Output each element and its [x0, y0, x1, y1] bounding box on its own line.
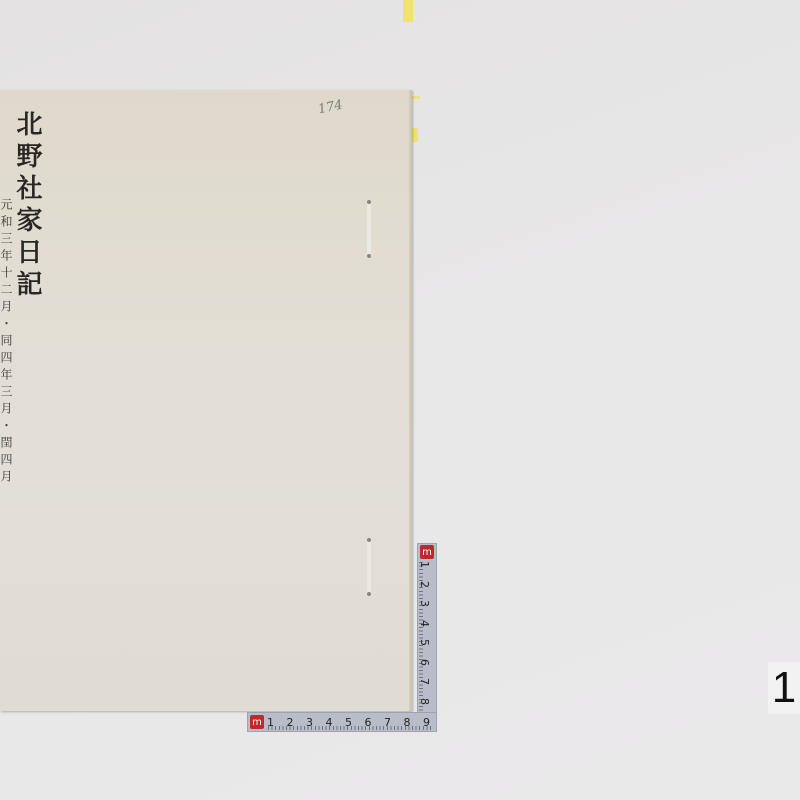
binding-hole [367, 538, 371, 542]
ruler-logo-icon: m [250, 715, 264, 729]
horizontal-scale-ruler: m 1 2 3 4 5 6 7 8 9 [247, 712, 437, 732]
yellow-tape-mark-corner [412, 96, 420, 99]
ruler-tick-label: 2 [418, 581, 431, 588]
ruler-tick-label: 3 [418, 600, 431, 607]
document-cover: 174 北野社家日記 元和三年十二月・同四年三月・閏四月 [0, 90, 412, 711]
ruler-tick-label: 5 [418, 639, 431, 646]
ruler-tick-label: 2 [287, 716, 294, 729]
ruler-tick-label: 5 [345, 716, 352, 729]
ruler-tick-label: 1 [267, 716, 274, 729]
binding-hole [367, 592, 371, 596]
ruler-tick-label: 6 [418, 659, 431, 666]
page-number: 174 [317, 98, 344, 118]
ruler-tick-label: 9 [423, 716, 430, 729]
yellow-tape-mark-top [403, 0, 413, 22]
vertical-scale-ruler: m 1 2 3 4 5 6 7 8 [417, 543, 437, 725]
ruler-logo-icon: m [420, 545, 434, 559]
ruler-numbers: 1 2 3 4 5 6 7 8 9 [267, 716, 436, 729]
ruler-numbers: 1 2 3 4 5 6 7 8 [421, 558, 428, 708]
ruler-tick-label: 3 [306, 716, 313, 729]
yellow-tape-mark-edge [412, 128, 418, 142]
ruler-tick-label: 7 [384, 716, 391, 729]
ruler-tick-label: 4 [418, 620, 431, 627]
binding-hole [367, 254, 371, 258]
binding-hole [367, 200, 371, 204]
frame-number-label: 1 [768, 662, 800, 714]
document-date-range: 元和三年十二月・同四年三月・閏四月 [0, 198, 14, 487]
document-title: 北野社家日記 [10, 110, 44, 302]
ruler-tick-label: 6 [365, 716, 372, 729]
binding-thread-top [367, 200, 371, 258]
ruler-tick-label: 7 [418, 678, 431, 685]
ruler-tick-label: 1 [418, 561, 431, 568]
ruler-tick-label: 4 [326, 716, 333, 729]
ruler-tick-label: 8 [404, 716, 411, 729]
binding-thread-bottom [367, 538, 371, 596]
ruler-tick-label: 8 [418, 698, 431, 705]
